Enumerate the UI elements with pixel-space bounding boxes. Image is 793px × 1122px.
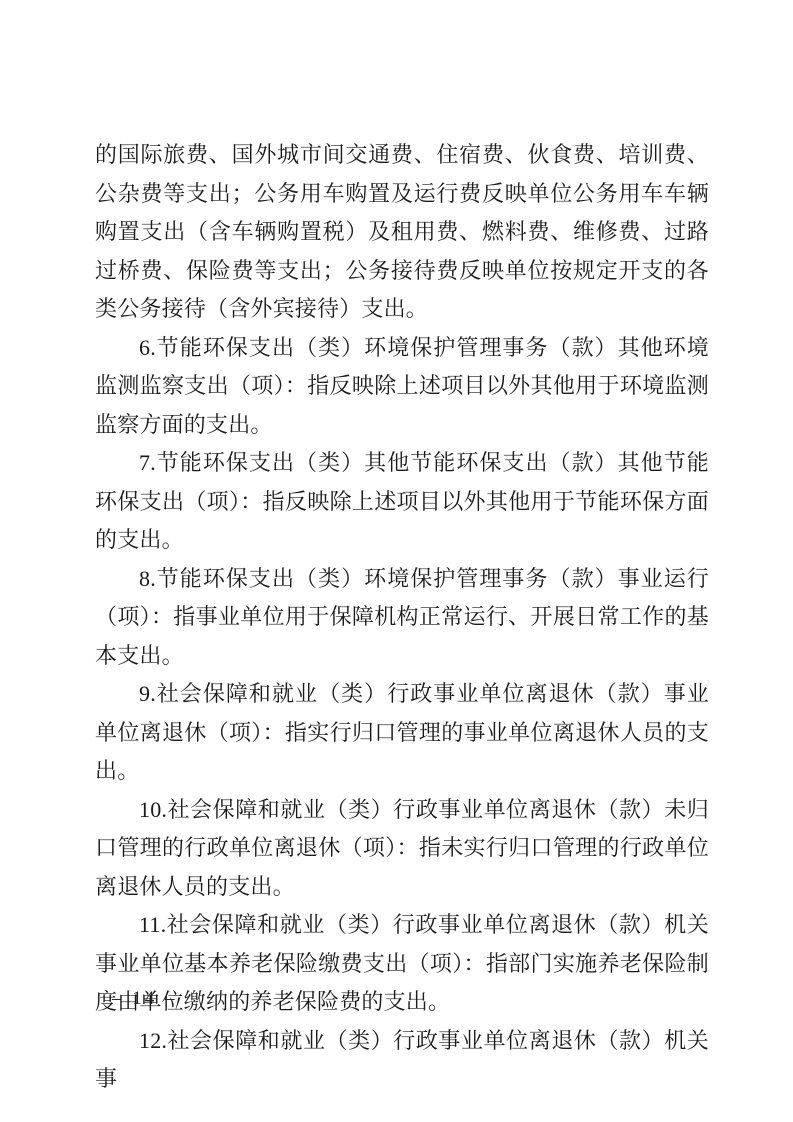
- paragraph-item-10: 10.社会保障和就业（类）行政事业单位离退休（款）未归口管理的行政单位离退休（项…: [95, 791, 709, 907]
- paragraph-item-9: 9.社会保障和就业（类）行政事业单位离退休（款）事业单位离退休（项）：指实行归口…: [95, 675, 709, 791]
- document-body: 的国际旅费、国外城市间交通费、住宿费、伙食费、培训费、公杂费等支出；公务用车购置…: [95, 136, 709, 1099]
- paragraph-item-6: 6.节能环保支出（类）环境保护管理事务（款）其他环境监测监察支出（项）：指反映除…: [95, 329, 709, 445]
- paragraph-continued: 的国际旅费、国外城市间交通费、住宿费、伙食费、培训费、公杂费等支出；公务用车购置…: [95, 136, 709, 329]
- paragraph-item-7: 7.节能环保支出（类）其他节能环保支出（款）其他节能环保支出（项）：指反映除上述…: [95, 444, 709, 560]
- document-page: 的国际旅费、国外城市间交通费、住宿费、伙食费、培训费、公杂费等支出；公务用车购置…: [0, 0, 793, 1122]
- paragraph-item-12: 12.社会保障和就业（类）行政事业单位离退休（款）机关事: [95, 1022, 709, 1099]
- page-number: – 14 –: [112, 988, 178, 1010]
- paragraph-item-11: 11.社会保障和就业（类）行政事业单位离退休（款）机关事业单位基本养老保险缴费支…: [95, 906, 709, 1022]
- paragraph-item-8: 8.节能环保支出（类）环境保护管理事务（款）事业运行（项）：指事业单位用于保障机…: [95, 560, 709, 676]
